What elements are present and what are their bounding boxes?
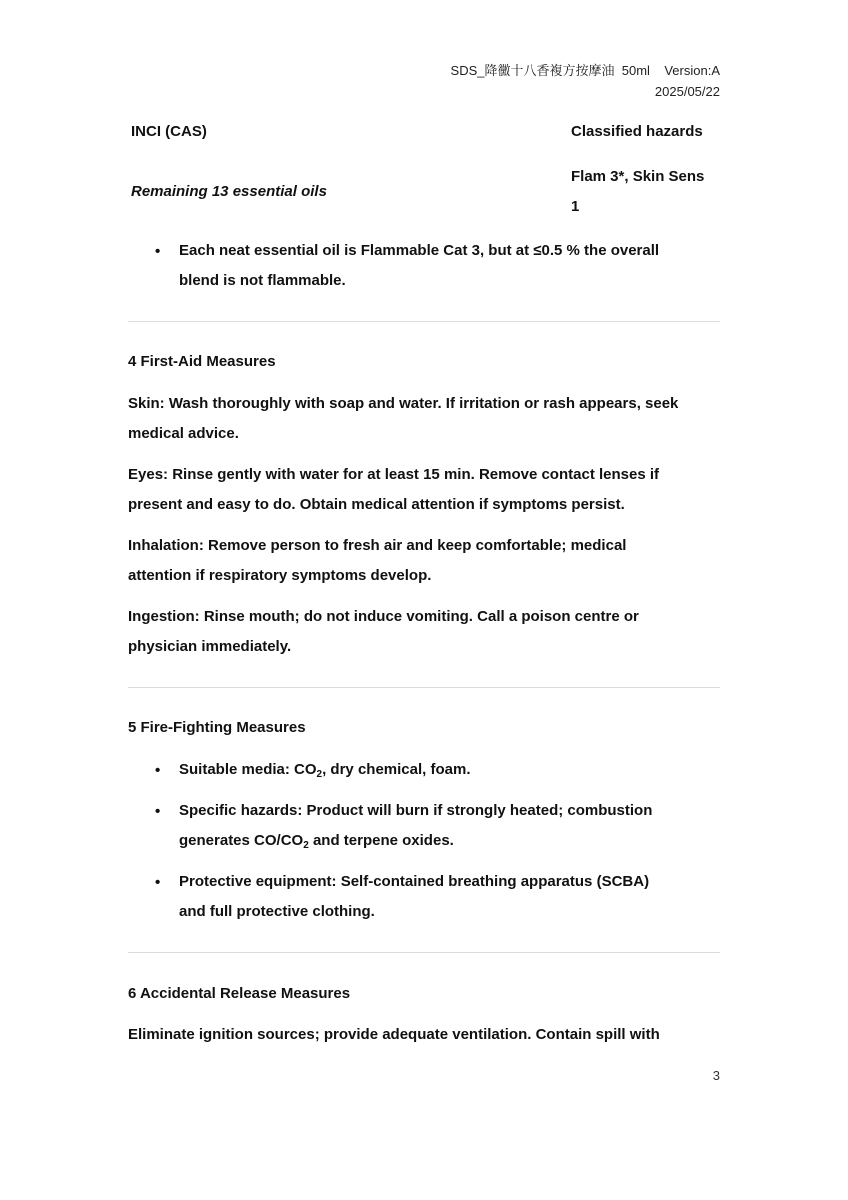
table-cell-hazards: Flam 3*, Skin Sens — [571, 168, 704, 185]
paragraph-inhalation: Inhalation: Remove person to fresh air a… — [128, 531, 728, 591]
section-heading: 6 Accidental Release Measures — [128, 979, 728, 1009]
table-cell-ingredient: Remaining 13 essential oils — [131, 183, 327, 200]
section-heading: 4 First-Aid Measures — [128, 347, 728, 377]
section-heading: 5 Fire-Fighting Measures — [128, 713, 728, 743]
bullet-icon: • — [155, 803, 160, 820]
bullet-specific-hazards: Specific hazards: Product will burn if s… — [179, 796, 724, 856]
bullet-icon: • — [155, 874, 160, 891]
paragraph-skin: Skin: Wash thoroughly with soap and wate… — [128, 389, 728, 449]
column-header-hazards: Classified hazards — [571, 123, 703, 140]
bullet-icon: • — [155, 762, 160, 779]
paragraph-eyes: Eyes: Rinse gently with water for at lea… — [128, 460, 728, 520]
paragraph-release: Eliminate ignition sources; provide adeq… — [128, 1020, 728, 1050]
section-divider — [128, 687, 720, 688]
document-title: SDS_降黴十八香複方按摩油 50ml Version:A — [451, 61, 720, 81]
paragraph-ingestion: Ingestion: Rinse mouth; do not induce vo… — [128, 602, 728, 662]
note-text: Each neat essential oil is Flammable Cat… — [179, 236, 724, 296]
table-cell-hazards-cont: 1 — [571, 198, 579, 215]
section-divider — [128, 321, 720, 322]
bullet-suitable-media: Suitable media: CO2, dry chemical, foam. — [179, 755, 724, 785]
bullet-icon: • — [155, 243, 160, 260]
column-header-inci: INCI (CAS) — [131, 123, 207, 140]
bullet-protective-equipment: Protective equipment: Self-contained bre… — [179, 867, 724, 927]
document-date: 2025/05/22 — [655, 82, 720, 102]
page-number: 3 — [713, 1068, 720, 1083]
section-divider — [128, 952, 720, 953]
